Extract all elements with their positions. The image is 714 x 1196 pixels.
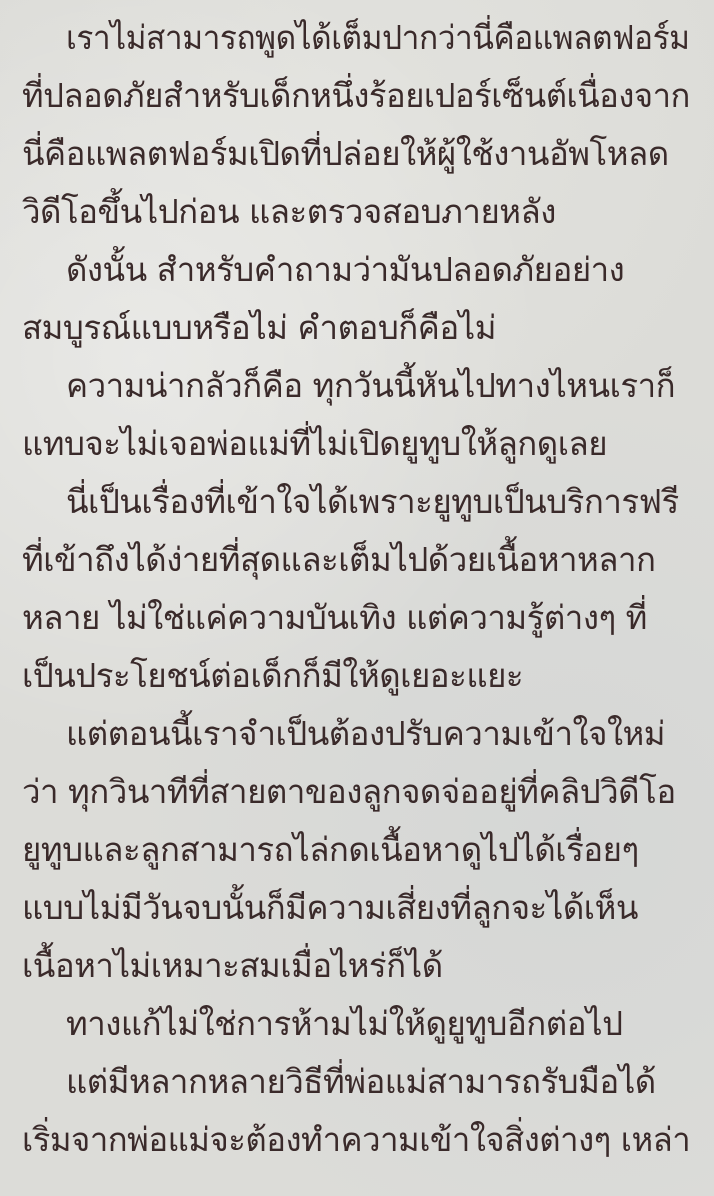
article-line: แบบไม่มีวันจบนั้นก็มีความเสี่ยงที่ลูกจะไ…	[22, 884, 638, 932]
article-line: เป็นประโยชน์ต่อเด็กก็มีให้ดูเยอะแยะ	[22, 652, 523, 700]
article-line: ว่า ทุกวินาทีที่สายตาของลูกจดจ่ออยู่ที่ค…	[22, 768, 676, 816]
newspaper-article: เราไม่สามารถพูดได้เต็มปากว่านี่คือแพลตฟอ…	[0, 0, 714, 1196]
article-line: เราไม่สามารถพูดได้เต็มปากว่านี่คือแพลตฟอ…	[66, 14, 690, 62]
article-line: เนื้อหาไม่เหมาะสมเมื่อไหร่ก็ได้	[22, 942, 443, 990]
article-line: เริ่มจากพ่อแม่จะต้องทำความเข้าใจสิ่งต่าง…	[22, 1116, 690, 1164]
article-line: ที่เข้าถึงได้ง่ายที่สุดและเต็มไปด้วยเนื้…	[22, 536, 656, 584]
article-line: ดังนั้น สำหรับคำถามว่ามันปลอดภัยอย่าง	[66, 246, 624, 294]
article-line: ยูทูบและลูกสามารถไล่กดเนื้อหาดูไปได้เรื่…	[22, 826, 639, 874]
article-line: ที่ปลอดภัยสำหรับเด็กหนึ่งร้อยเปอร์เซ็นต์…	[22, 72, 690, 120]
article-line: ทางแก้ไม่ใช่การห้ามไม่ให้ดูยูทูบอีกต่อไป	[66, 1000, 623, 1048]
article-line: แต่ตอนนี้เราจำเป็นต้องปรับความเข้าใจใหม่	[66, 710, 665, 758]
article-line: แทบจะไม่เจอพ่อแม่ที่ไม่เปิดยูทูบให้ลูกดู…	[22, 420, 607, 468]
article-line: แต่มีหลากหลายวิธีที่พ่อแม่สามารถรับมือได…	[66, 1058, 656, 1106]
article-line: วิดีโอขึ้นไปก่อน และตรวจสอบภายหลัง	[22, 188, 556, 236]
article-line: นี่เป็นเรื่องที่เข้าใจได้เพราะยูทูบเป็นบ…	[66, 478, 679, 526]
article-line: หลาย ไม่ใช่แค่ความบันเทิง แต่ความรู้ต่าง…	[22, 594, 647, 642]
article-line: ความน่ากลัวก็คือ ทุกวันนี้หันไปทางไหนเรา…	[66, 362, 675, 410]
article-line: สมบูรณ์แบบหรือไม่ คำตอบก็คือไม่	[22, 304, 496, 352]
article-line: นี่คือแพลตฟอร์มเปิดที่ปล่อยให้ผู้ใช้งานอ…	[22, 130, 669, 178]
